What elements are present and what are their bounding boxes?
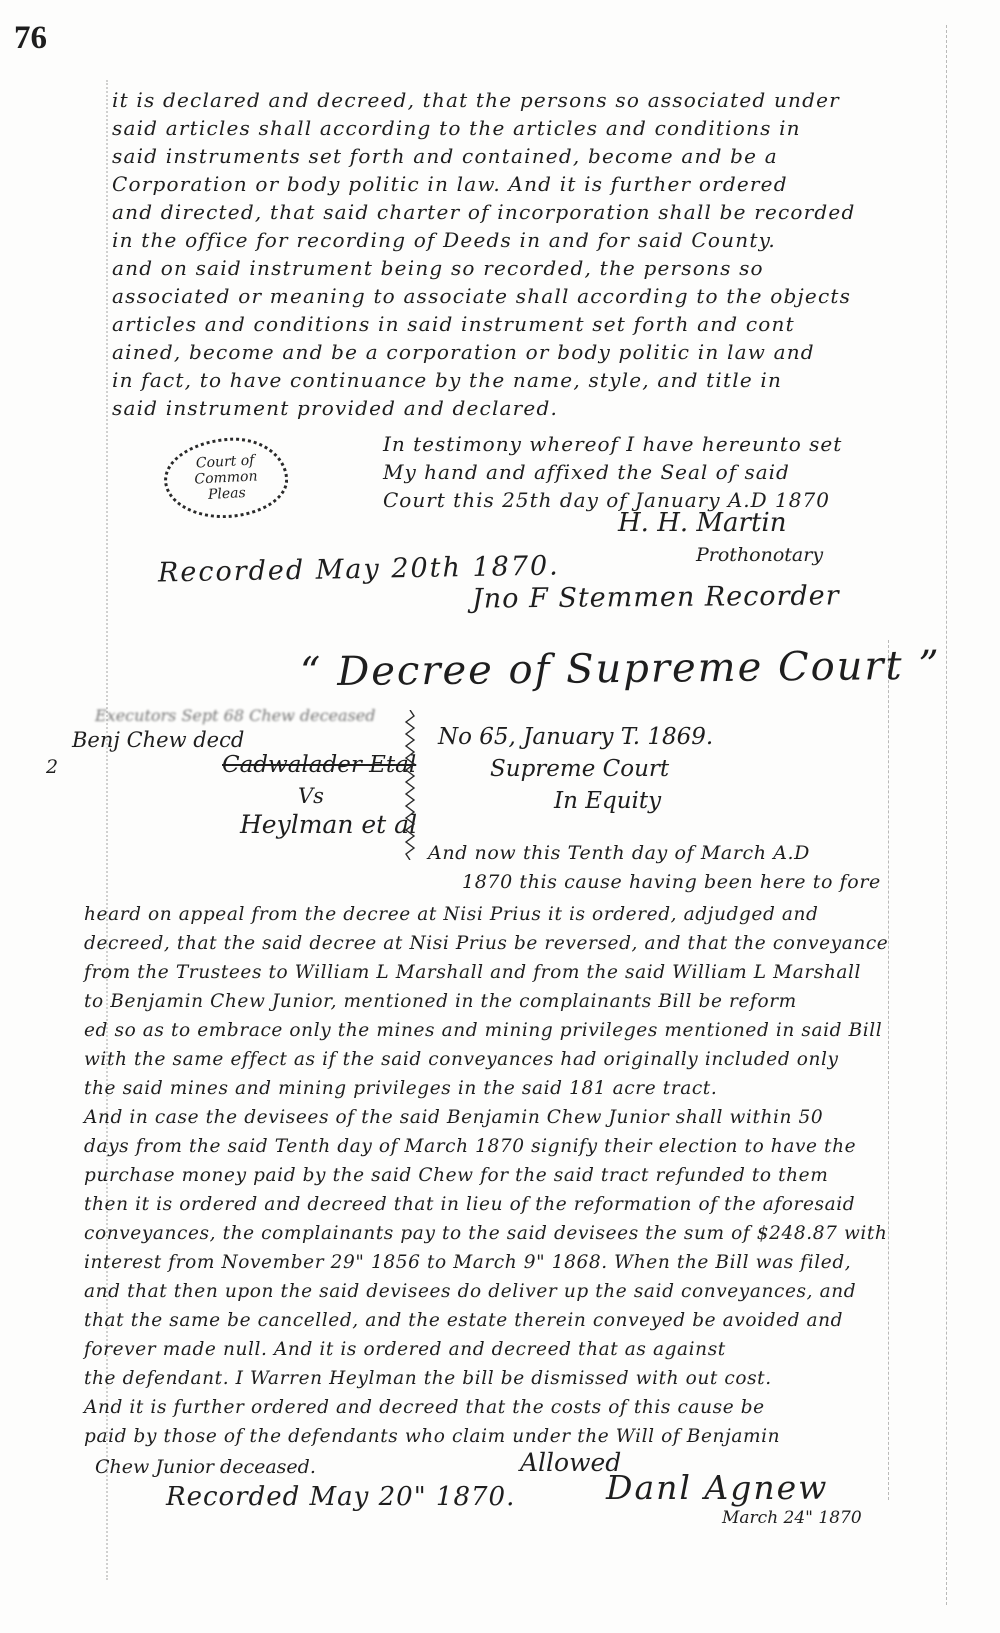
decree-title: “ Decree of Supreme Court ” bbox=[300, 643, 941, 696]
decree-body-line: conveyances, the complainants pay to the… bbox=[84, 1219, 888, 1248]
attestation-line: My hand and affixed the Seal of said bbox=[383, 458, 842, 486]
court-seal-text-line: Pleas bbox=[208, 485, 247, 503]
decree-body-line: then it is ordered and decreed that in l… bbox=[84, 1190, 888, 1219]
decree-body-line: from the Trustees to William L Marshall … bbox=[84, 958, 888, 987]
decree-body-line: And in case the devisees of the said Ben… bbox=[84, 1103, 888, 1132]
court-order-line: articles and conditions in said instrume… bbox=[112, 310, 855, 338]
attestation-line: In testimony whereof I have hereunto set bbox=[383, 430, 842, 458]
court-order-line: and directed, that said charter of incor… bbox=[112, 198, 855, 226]
court-order-line: Corporation or body politic in law. And … bbox=[112, 170, 855, 198]
decree-closing-line: Chew Junior deceased. bbox=[95, 1456, 316, 1478]
court-order-paragraph: it is declared and decreed, that the per… bbox=[112, 86, 855, 422]
decree-body-line: days from the said Tenth day of March 18… bbox=[84, 1132, 888, 1161]
case-caption-defendant: Heylman et al bbox=[240, 810, 417, 839]
decree-body-line: that the same be cancelled, and the esta… bbox=[84, 1306, 888, 1335]
right-margin-rule-outer bbox=[946, 25, 947, 1605]
court-order-line: and on said instrument being so recorded… bbox=[112, 254, 855, 282]
decree-body-line: the defendant. I Warren Heylman the bill… bbox=[84, 1364, 888, 1393]
decree-body-line: paid by those of the defendants who clai… bbox=[84, 1422, 888, 1451]
court-order-line: it is declared and decreed, that the per… bbox=[112, 86, 855, 114]
prothonotary-title: Prothonotary bbox=[696, 544, 823, 566]
decree-body-line: to Benjamin Chew Junior, mentioned in th… bbox=[84, 987, 888, 1016]
court-order-line: associated or meaning to associate shall… bbox=[112, 282, 855, 310]
decree-body-line: purchase money paid by the said Chew for… bbox=[84, 1161, 888, 1190]
decree-body-line: And it is further ordered and decreed th… bbox=[84, 1393, 888, 1422]
case-caption-faded-note: Executors Sept 68 Chew deceased bbox=[95, 706, 375, 725]
recorder-signature: Jno F Stemmen Recorder bbox=[472, 580, 840, 614]
decree-body-line: with the same effect as if the said conv… bbox=[84, 1045, 888, 1074]
decree-body-line: decreed, that the said decree at Nisi Pr… bbox=[84, 929, 888, 958]
judge-signature: Danl Agnew bbox=[606, 1468, 828, 1507]
court-order-line: said instruments set forth and contained… bbox=[112, 142, 855, 170]
caption-bracket-zigzag bbox=[402, 710, 418, 860]
court-order-line: in fact, to have continuance by the name… bbox=[112, 366, 855, 394]
prothonotary-signature: H. H. Martin bbox=[618, 508, 786, 538]
court-order-line: said instrument provided and declared. bbox=[112, 394, 855, 422]
court-seal: Court ofCommonPleas bbox=[164, 438, 288, 518]
scanned-court-record-page: 76 it is declared and decreed, that the … bbox=[0, 0, 1000, 1633]
case-caption-party-note: Benj Chew decd bbox=[72, 728, 244, 752]
court-name-line: Supreme Court bbox=[490, 756, 669, 782]
decree-body-line: the said mines and mining privileges in … bbox=[84, 1074, 888, 1103]
page-number: 76 bbox=[14, 20, 47, 57]
court-order-line: in the office for recording of Deeds in … bbox=[112, 226, 855, 254]
court-seal-text-line: Common bbox=[194, 468, 258, 487]
decree-opening-line-1: And now this Tenth day of March A.D bbox=[428, 842, 810, 864]
judge-date: March 24" 1870 bbox=[722, 1508, 862, 1528]
decree-body-line: forever made null. And it is ordered and… bbox=[84, 1335, 888, 1364]
decree-body-paragraph: heard on appeal from the decree at Nisi … bbox=[84, 900, 888, 1451]
decree-body-line: and that then upon the said devisees do … bbox=[84, 1277, 888, 1306]
court-order-line: said articles shall according to the art… bbox=[112, 114, 855, 142]
decree-body-line: ed so as to embrace only the mines and m… bbox=[84, 1016, 888, 1045]
decree-opening-line-2: 1870 this cause having been here to fore bbox=[462, 871, 881, 893]
court-seal-border: Court ofCommonPleas bbox=[162, 435, 290, 521]
caption-margin-mark: 2 bbox=[46, 756, 58, 778]
decree-body-line: heard on appeal from the decree at Nisi … bbox=[84, 900, 888, 929]
case-caption-versus: Vs bbox=[298, 784, 324, 808]
recorded-date-line-2: Recorded May 20" 1870. bbox=[166, 1482, 515, 1512]
docket-number-line: No 65, January T. 1869. bbox=[438, 724, 713, 750]
case-caption-plaintiff: Cadwalader Etal bbox=[222, 752, 416, 778]
attestation-text: In testimony whereof I have hereunto set… bbox=[383, 430, 842, 514]
equity-line: In Equity bbox=[554, 788, 661, 814]
court-order-line: ained, become and be a corporation or bo… bbox=[112, 338, 855, 366]
decree-body-line: interest from November 29" 1856 to March… bbox=[84, 1248, 888, 1277]
